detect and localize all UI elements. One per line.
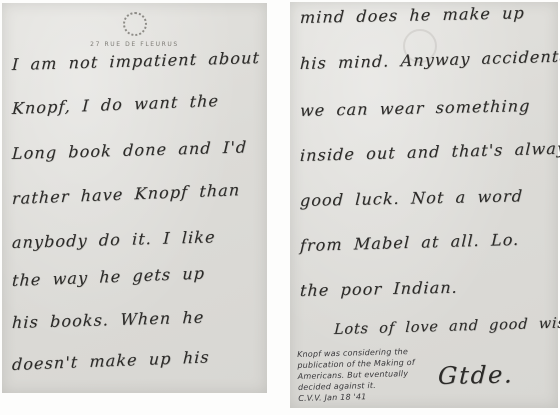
- handwriting-line: the poor Indian.: [300, 276, 555, 300]
- handwriting-line: from Mabel at all. Lo.: [300, 229, 555, 255]
- letterhead: 27 Rue de Fleurus: [2, 3, 267, 48]
- handwriting-line: good luck. Not a word: [300, 186, 555, 210]
- handwriting-line: doesn't make up his: [12, 345, 264, 374]
- handwriting-line: Knopf, I do want the: [12, 89, 264, 118]
- handwriting-line: Long book done and I'd: [12, 137, 264, 163]
- circular-motto-seal-icon: [123, 12, 147, 36]
- handwriting-line: his books. When he: [12, 306, 264, 332]
- handwriting-line: I am not impatient about: [12, 48, 264, 74]
- closing-line: Lots of love and good wishes: [334, 316, 555, 338]
- letter-page-left: 27 Rue de Fleurus I am not impatient abo…: [2, 3, 267, 393]
- letter-photograph: 27 Rue de Fleurus I am not impatient abo…: [0, 0, 560, 415]
- handwriting-line: rather have Knopf than: [12, 179, 264, 208]
- archivist-annotation: Knopf was considering the publication of…: [297, 345, 438, 404]
- handwriting-line: we can wear something: [300, 96, 555, 120]
- handwriting-line: mind does he make up: [300, 3, 555, 27]
- handwriting-line: inside out and that's always: [300, 139, 555, 165]
- handwriting-line: anybody do it. I like: [12, 226, 264, 252]
- letterhead-address: 27 Rue de Fleurus: [2, 41, 267, 48]
- annotation-line: C.V.V. Jan 18 '41: [298, 389, 438, 404]
- signature: Gtde.: [437, 360, 554, 390]
- handwriting-line: his mind. Anyway accidentally: [300, 47, 555, 73]
- handwriting-line: the way he gets up: [12, 261, 264, 290]
- letter-page-right: mind does he make up his mind. Anyway ac…: [290, 2, 558, 408]
